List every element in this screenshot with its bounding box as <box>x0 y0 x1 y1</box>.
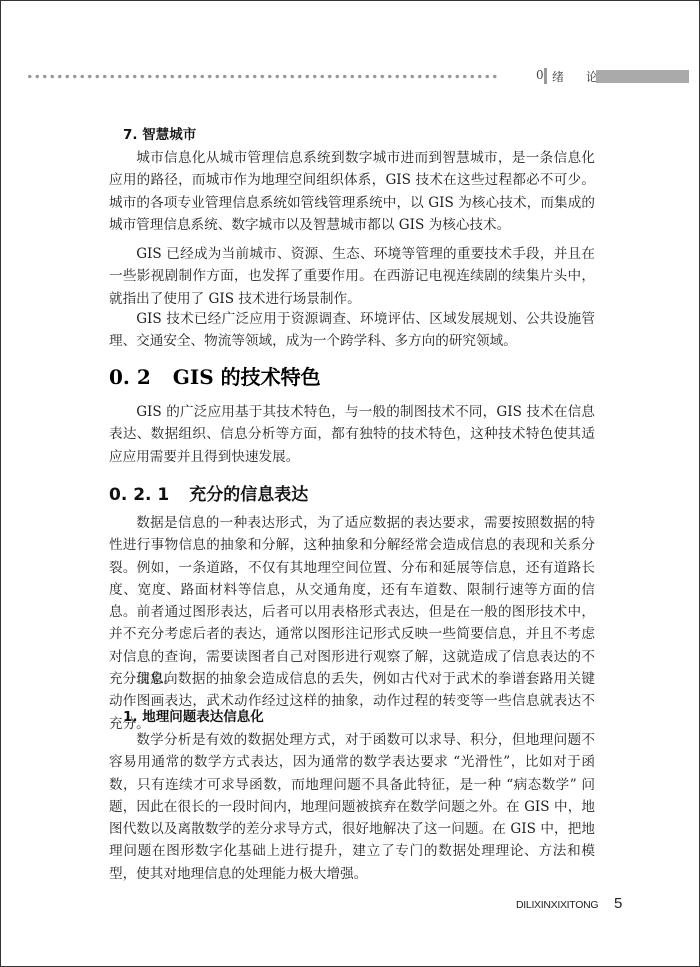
section-title: 充分的信息表达 <box>189 485 308 505</box>
page-footer: DILIXINXIXITONG 5 <box>1 895 700 915</box>
paragraph: GIS 已经成为当前城市、资源、生态、环境等管理的重要技术手段，并且在一些影视剧… <box>109 243 595 310</box>
subsection-heading-smart-city: 7. 智慧城市 <box>123 123 196 143</box>
book-page: 0 绪 论 7. 智慧城市 城市信息化从城市管理信息系统到数字城市进而到智慧城市… <box>0 0 700 967</box>
paragraph: 城市信息化从城市管理信息系统到数字城市进而到智慧城市，是一条信息化应用的路径，而… <box>109 147 595 236</box>
paragraph: 数学分析是有效的数据处理方式，对于函数可以求导、积分，但地理问题不容易用通常的数… <box>109 729 595 885</box>
chapter-number: 0 <box>536 68 544 82</box>
running-title: DILIXINXIXITONG <box>516 899 598 911</box>
section-number: 0. 2 <box>109 365 151 389</box>
paragraph: 数据是信息的一种表达形式，为了适应数据的表达要求，需要按照数据的特性进行事物信息… <box>109 512 595 690</box>
section-heading-0-2-1: 0. 2. 1充分的信息表达 <box>109 480 308 505</box>
section-heading-0-2: 0. 2GIS 的技术特色 <box>109 361 321 390</box>
paragraph: GIS 的广泛应用基于其技术特色，与一般的制图技术不同，GIS 技术在信息表达、… <box>109 401 595 468</box>
header-divider-bar <box>544 68 547 84</box>
header-gray-block <box>596 70 689 83</box>
page-number: 5 <box>614 895 622 912</box>
subsection-heading-geo-problem: 1. 地理问题表达信息化 <box>123 705 264 725</box>
dotted-rule <box>26 74 498 79</box>
page-header: 0 绪 论 <box>1 67 700 87</box>
section-number: 0. 2. 1 <box>109 485 169 505</box>
paragraph: GIS 技术已经广泛应用于资源调查、环境评估、区域发展规划、公共设施管理、交通安… <box>109 308 595 353</box>
section-title: GIS 的技术特色 <box>173 365 321 389</box>
